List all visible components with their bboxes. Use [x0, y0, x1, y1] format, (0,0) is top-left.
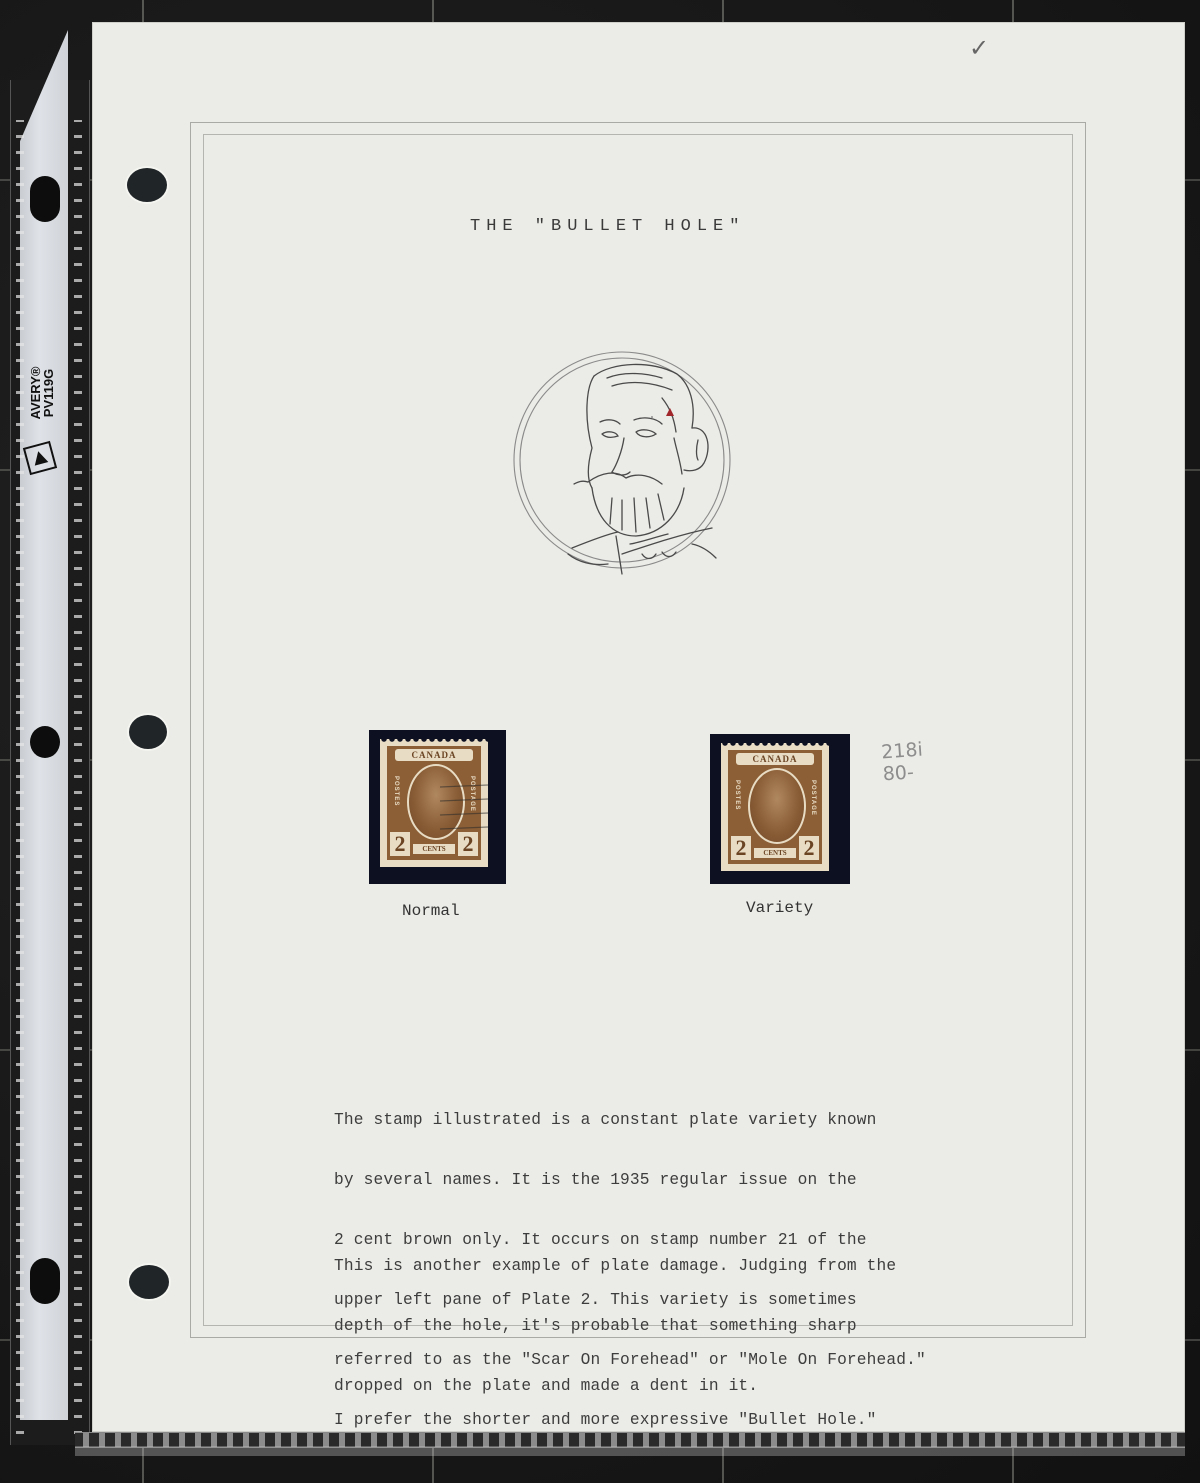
- stamp-value-right: 2: [799, 836, 819, 860]
- sleeve-binder-hole-top: [30, 176, 60, 222]
- pencil-price: 80-: [882, 761, 925, 786]
- stamp-caption-variety: Variety: [746, 899, 813, 917]
- stamp-side-right-text: POSTAGE: [810, 780, 816, 816]
- king-portrait-illustration: [512, 348, 732, 578]
- page-punch-hole-middle: [129, 715, 167, 749]
- stamp-denomination: CENTS: [413, 844, 455, 854]
- sleeve-perforation-column: [16, 120, 24, 1440]
- stamp-mount-variety: CANADA POSTES POSTAGE 2 2 CENTS: [710, 734, 850, 884]
- stamp-side-left-text: POSTES: [393, 776, 399, 806]
- text-line: The stamp illustrated is a constant plat…: [334, 1110, 926, 1130]
- stamp-variety[interactable]: CANADA POSTES POSTAGE 2 2 CENTS: [721, 743, 829, 871]
- sleeve-bottom-edge: [75, 1446, 1185, 1456]
- brand-model: PV119G: [41, 369, 56, 417]
- stamp-design: CANADA POSTES POSTAGE 2 2 CENTS: [728, 750, 822, 864]
- stamp-denomination: CENTS: [754, 848, 796, 858]
- text-line: by several names. It is the 1935 regular…: [334, 1170, 926, 1190]
- sleeve-binder-hole-middle: [30, 726, 60, 758]
- pencil-check-mark-icon: ✓: [969, 34, 989, 62]
- stamp-side-left-text: POSTES: [734, 780, 740, 810]
- sleeve-reinforcement-band: [20, 30, 68, 1420]
- stamp-king-portrait: [748, 768, 806, 844]
- text-line: dropped on the plate and made a dent in …: [334, 1376, 896, 1396]
- bullet-hole-marker-icon: [666, 408, 674, 416]
- pencil-catalog-number: 218i: [881, 739, 924, 764]
- page-title: THE "BULLET HOLE": [470, 217, 830, 236]
- sleeve-binder-hole-bottom: [30, 1258, 60, 1304]
- sleeve-perforation-column: [74, 120, 82, 1440]
- brand-text: AVERY® PV119G: [29, 333, 55, 453]
- stamp-normal[interactable]: CANADA POSTES POSTAGE 2 2 CENTS: [380, 739, 488, 867]
- stamp-mount-normal: CANADA POSTES POSTAGE 2 2 CENTS: [369, 730, 506, 884]
- stamp-country-text: CANADA: [736, 753, 814, 765]
- stamp-value-left: 2: [731, 836, 751, 860]
- pencil-note: 218i 80-: [881, 739, 926, 786]
- text-line: This is another example of plate damage.…: [334, 1256, 896, 1276]
- stamp-value-left: 2: [390, 832, 410, 856]
- sleeve-brand-label: AVERY® PV119G: [22, 340, 62, 480]
- page-punch-hole-top: [127, 168, 167, 202]
- stamp-caption-normal: Normal: [402, 902, 460, 920]
- postmark-cancel-lines: [440, 779, 488, 839]
- description-paragraph-2: This is another example of plate damage.…: [334, 1216, 896, 1436]
- page-punch-hole-bottom: [129, 1265, 169, 1299]
- album-page: ✓ THE "BULLET HOLE": [92, 22, 1185, 1432]
- stamp-country-text: CANADA: [395, 749, 473, 761]
- text-line: depth of the hole, it's probable that so…: [334, 1316, 896, 1336]
